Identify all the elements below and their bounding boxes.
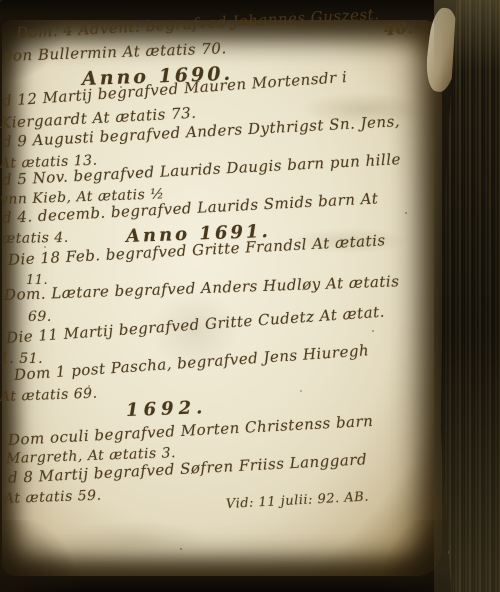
handwriting-line: 69. bbox=[28, 309, 52, 325]
handwriting-line: At ætatis 59. bbox=[4, 488, 102, 507]
page-number: 40. bbox=[383, 18, 414, 39]
visitation-note: Vid: 11 julii: 92. AB. bbox=[226, 490, 370, 512]
manuscript-photo: 40. Dom. 4 Advent: begrafved Johannes Gu… bbox=[0, 0, 500, 592]
handwriting-line: von Bullermin At ætatis 70. bbox=[4, 39, 227, 65]
anno-1692-heading: 1692. bbox=[126, 397, 208, 421]
handwriting-layer: 40. Dom. 4 Advent: begrafved Johannes Gu… bbox=[0, 0, 500, 592]
handwriting-line: Dom 1 post Pascha, begrafved Jens Hiureg… bbox=[13, 341, 369, 384]
handwriting-line: Dom. 4 Advent: begrafved Johannes Guszes… bbox=[16, 5, 380, 42]
handwriting-line: ætatis 4. bbox=[2, 230, 69, 247]
handwriting-line: Die 11 Martij begrafved Gritte Cudetz At… bbox=[5, 303, 385, 347]
handwriting-line: Dom. Lætare begrafved Anders Hudløy At æ… bbox=[4, 272, 400, 304]
handwriting-line: At ætatis 69. bbox=[0, 386, 98, 405]
